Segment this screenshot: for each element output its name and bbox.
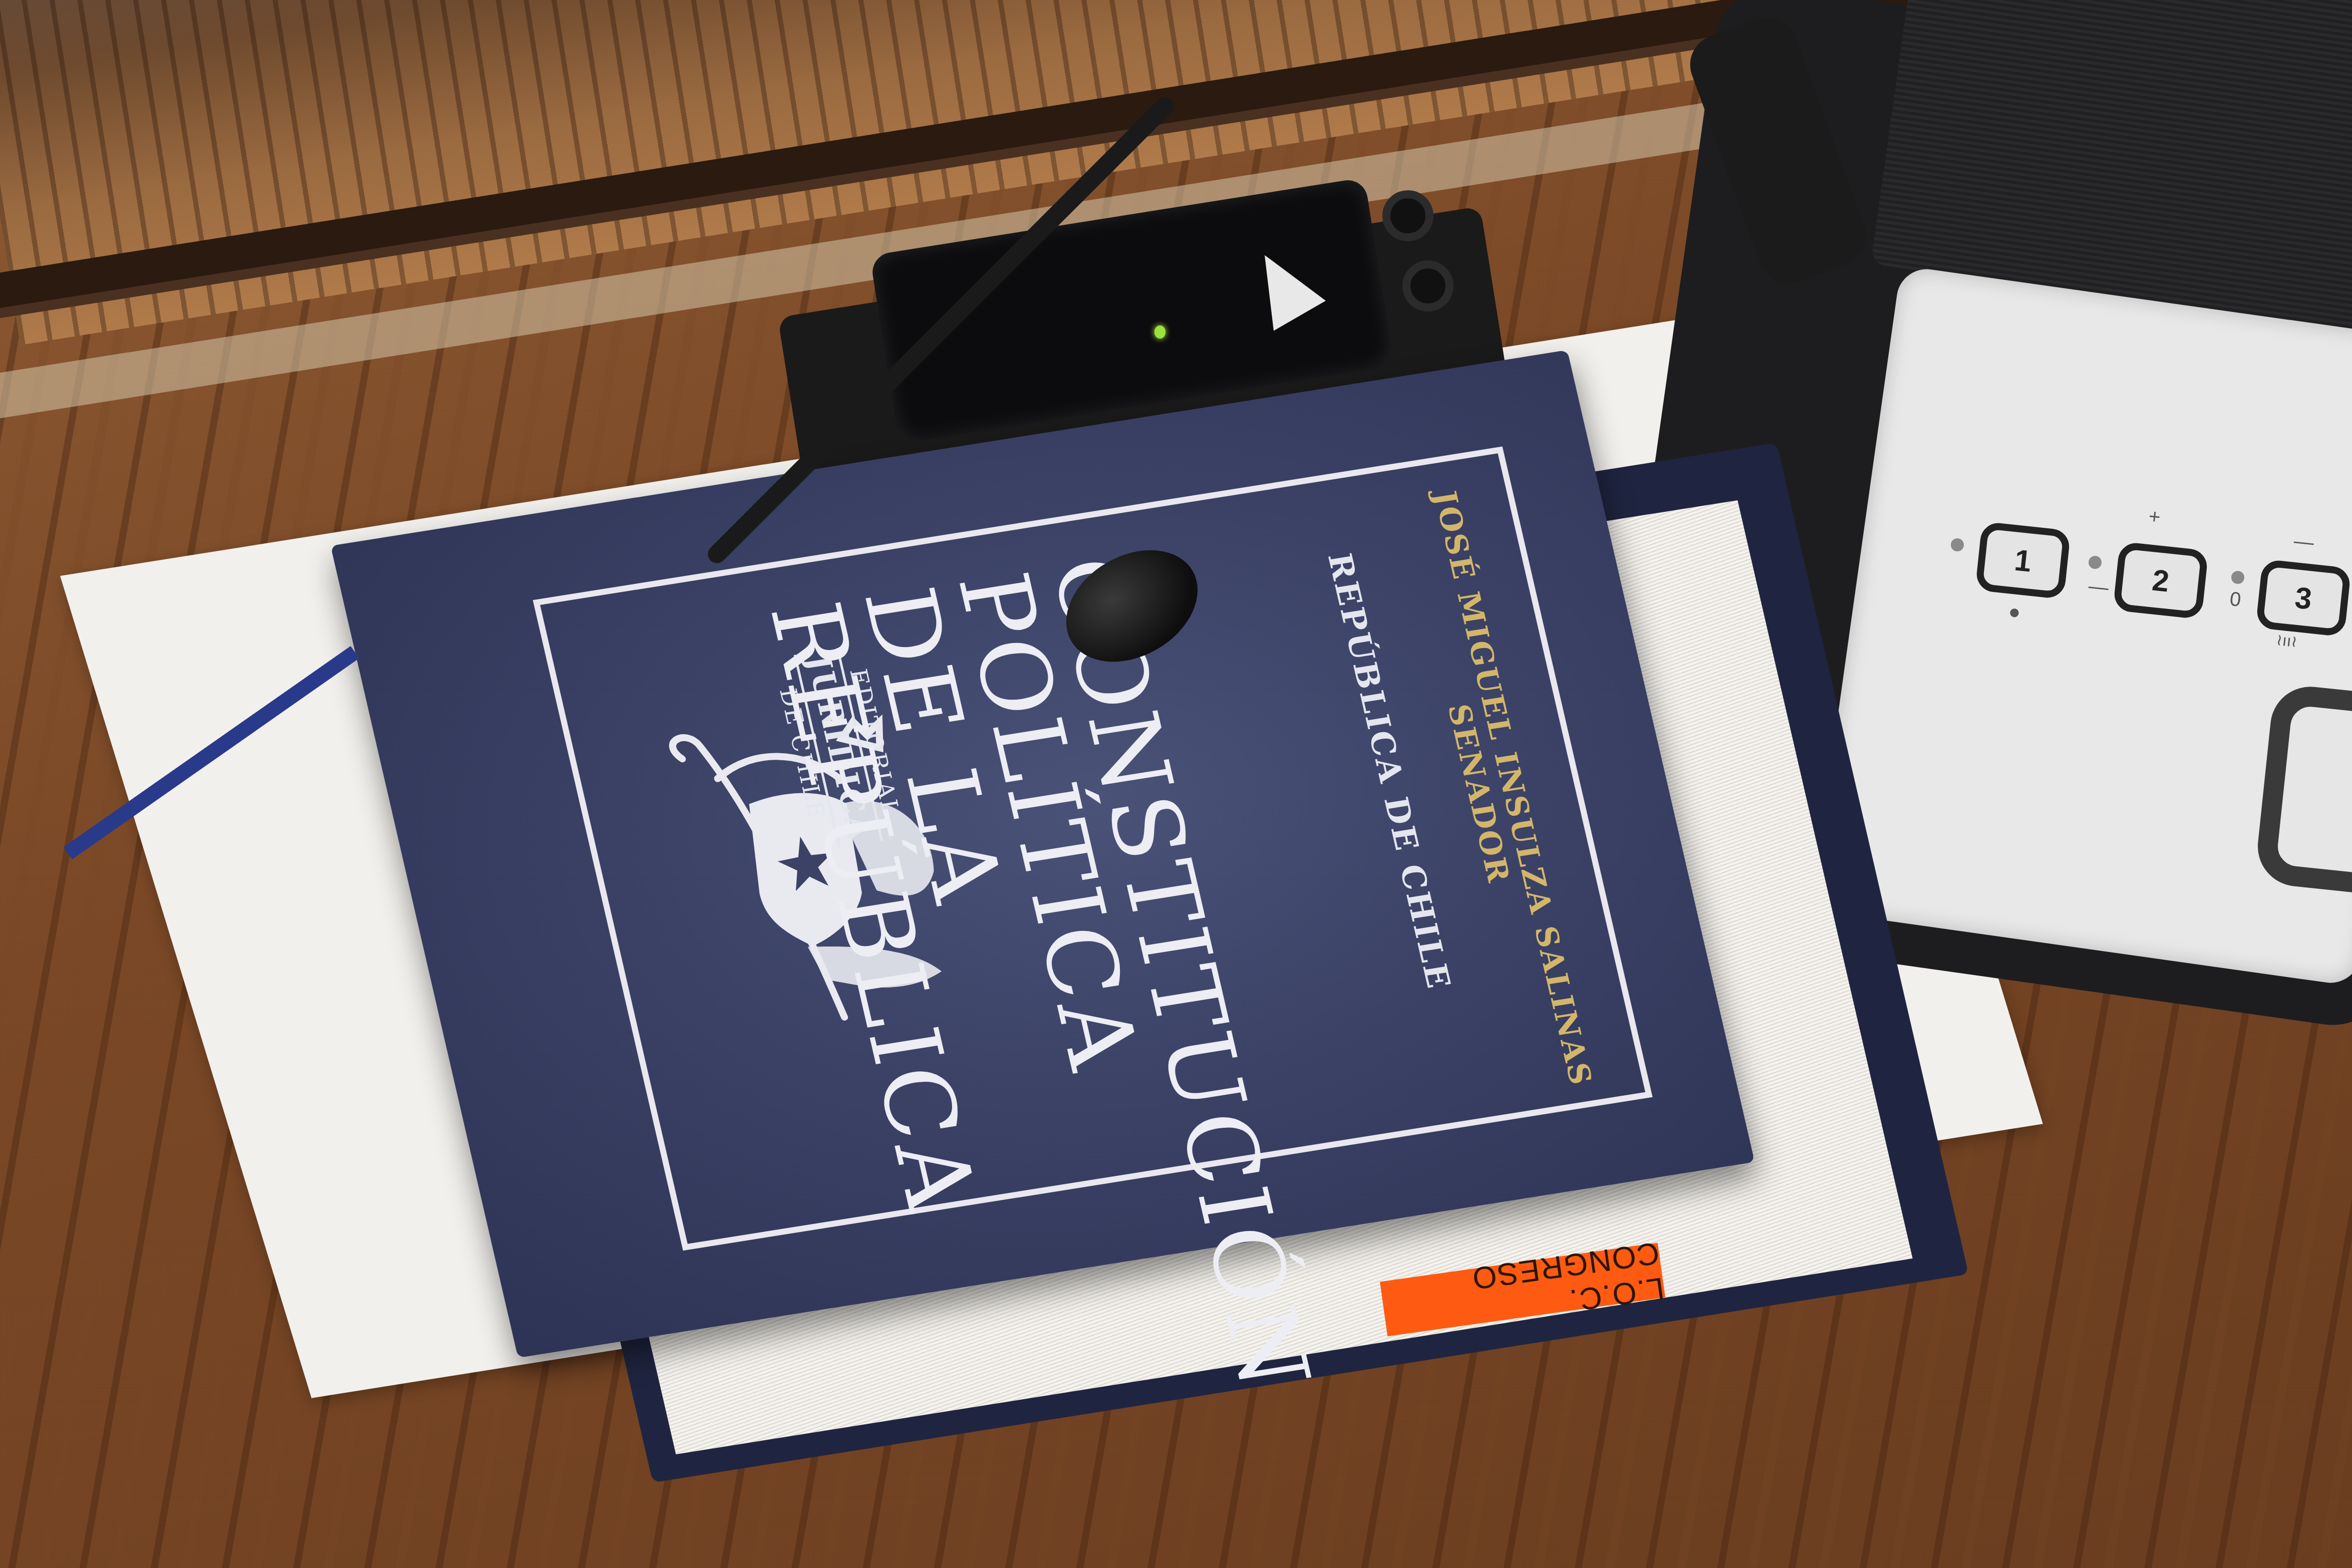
minus-mark: — bbox=[2088, 575, 2110, 599]
speaker-icon: ● bbox=[2007, 600, 2022, 624]
audio-jack-icon bbox=[1402, 260, 1453, 311]
minus-mark: — bbox=[2293, 530, 2315, 554]
microphone-icon: ≀ıı≀ bbox=[2275, 630, 2298, 651]
audio-jack-icon bbox=[1382, 190, 1433, 241]
console-button-1[interactable]: 1 bbox=[1975, 521, 2071, 599]
console-button-3-label: 3 bbox=[2293, 580, 2313, 616]
status-led-icon bbox=[1154, 326, 1165, 339]
console-button-2-label: 2 bbox=[2151, 562, 2171, 598]
console-button-3[interactable]: 3 bbox=[2255, 559, 2351, 637]
console-button-1-label: 1 bbox=[2013, 542, 2033, 578]
photo-scene: 1 ● — + 2 0 — 3 ≀ıı≀ EDITORIAL JURIDICA bbox=[0, 0, 2352, 1568]
indicator-led-icon bbox=[2089, 556, 2102, 569]
zero-mark: 0 bbox=[2229, 588, 2242, 611]
console-button-2[interactable]: 2 bbox=[2113, 541, 2208, 619]
indicator-led-icon bbox=[2231, 571, 2244, 584]
plus-mark: + bbox=[2148, 505, 2162, 529]
indicator-led-icon bbox=[1951, 538, 1964, 551]
